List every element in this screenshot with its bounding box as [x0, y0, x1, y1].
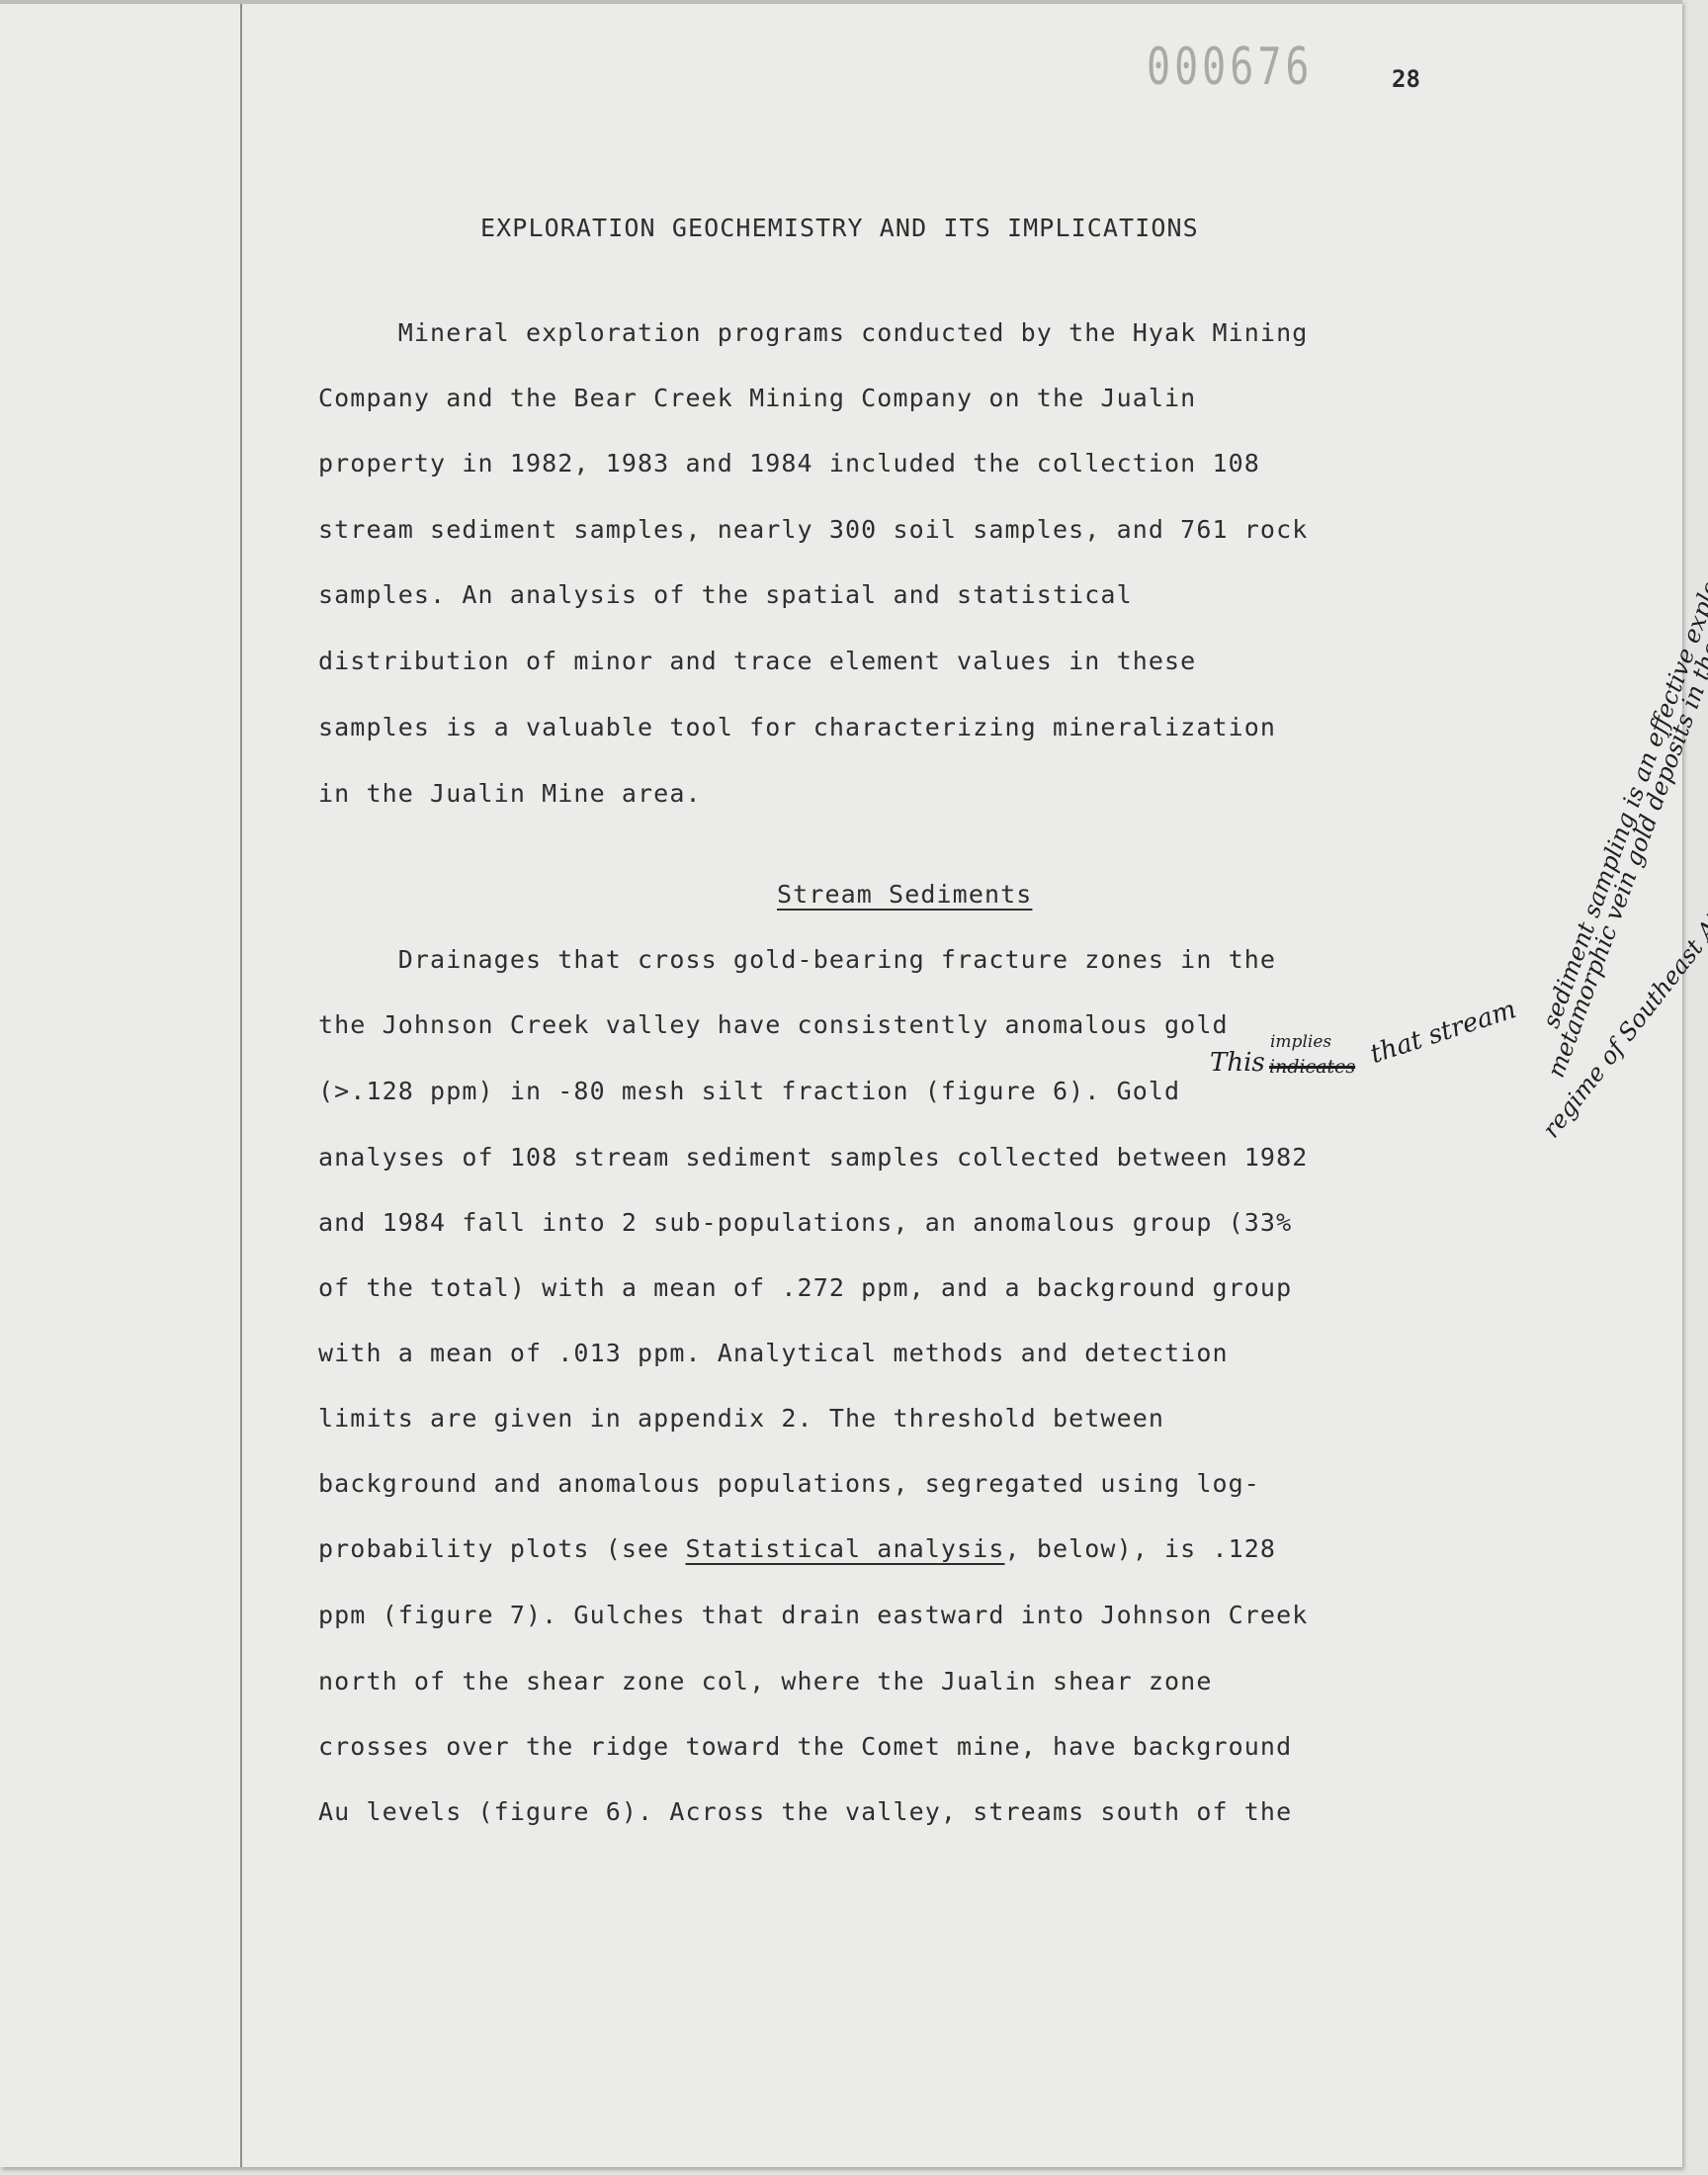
text-line: Au levels (figure 6). Across the valley,… [318, 1797, 1292, 1826]
text-line: limits are given in appendix 2. The thre… [318, 1404, 1164, 1433]
cross-reference-statistical-analysis: Statistical analysis [685, 1534, 1004, 1563]
text-line: in the Jualin Mine area. [318, 779, 702, 808]
section-heading: Stream Sediments [777, 880, 1032, 909]
text-line: with a mean of .013 ppm. Analytical meth… [318, 1339, 1229, 1367]
text-fragment: , below), is .128 [1005, 1534, 1277, 1563]
text-line: analyses of 108 stream sediment samples … [318, 1143, 1308, 1172]
document-stamp-number: 000676 [1147, 38, 1314, 97]
annotation-inline-start: This [1210, 1048, 1265, 1078]
text-line: ppm (figure 7). Gulches that drain eastw… [318, 1601, 1308, 1629]
text-line: probability plots (see Statistical analy… [318, 1534, 1276, 1563]
text-line: Company and the Bear Creek Mining Compan… [318, 384, 1196, 412]
annotation-struck-word: indicates [1269, 1056, 1355, 1078]
text-line: crosses over the ridge toward the Comet … [318, 1732, 1292, 1761]
text-line: property in 1982, 1983 and 1984 included… [318, 449, 1260, 478]
text-line: Drainages that cross gold-bearing fractu… [318, 945, 1276, 974]
text-line: samples. An analysis of the spatial and … [318, 580, 1133, 609]
text-line: of the total) with a mean of .272 ppm, a… [318, 1273, 1292, 1302]
text-line: and 1984 fall into 2 sub-populations, an… [318, 1208, 1292, 1237]
text-line: stream sediment samples, nearly 300 soil… [318, 515, 1308, 544]
document-title: EXPLORATION GEOCHEMISTRY AND ITS IMPLICA… [480, 214, 1199, 242]
text-line: background and anomalous populations, se… [318, 1469, 1260, 1498]
text-line: samples is a valuable tool for character… [318, 713, 1276, 741]
annotation-inline-end: that stream [1367, 995, 1520, 1070]
text-fragment: probability plots (see [318, 1534, 685, 1563]
text-line: north of the shear zone col, where the J… [318, 1667, 1212, 1696]
text-line: the Johnson Creek valley have consistent… [318, 1010, 1229, 1039]
text-line: Mineral exploration programs conducted b… [318, 318, 1308, 347]
scanned-page: 000676 28 EXPLORATION GEOCHEMISTRY AND I… [0, 0, 1682, 2167]
annotation-inserted-word: implies [1270, 1032, 1331, 1052]
page-number: 28 [1392, 65, 1420, 93]
text-line: distribution of minor and trace element … [318, 647, 1196, 675]
text-line: (>.128 ppm) in -80 mesh silt fraction (f… [318, 1077, 1180, 1105]
margin-rule [240, 4, 242, 2167]
